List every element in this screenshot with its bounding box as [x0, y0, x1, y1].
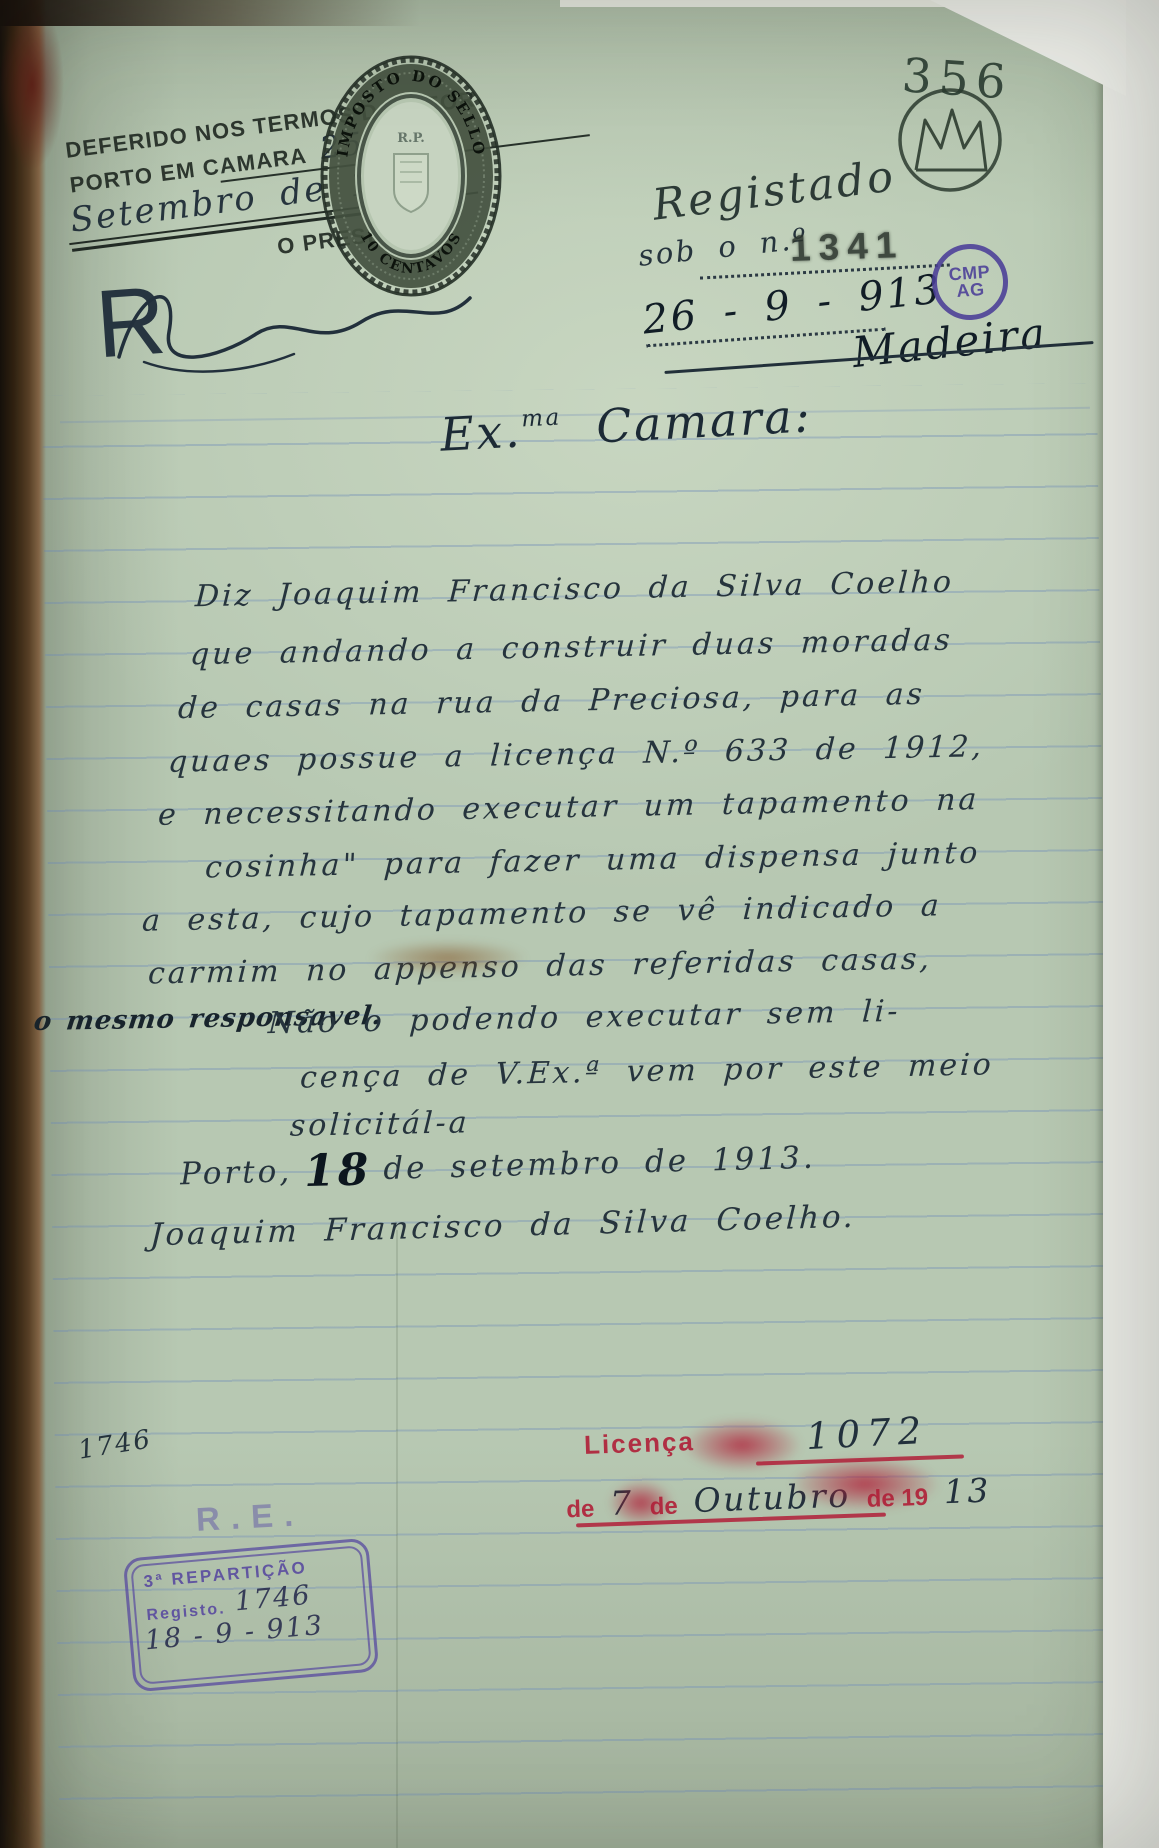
body-line: solicitál-a — [289, 1105, 470, 1143]
cmp-stamp-line2: AG — [956, 281, 985, 300]
scanner-margin — [1103, 0, 1159, 1848]
salutation-superscript: ma — [521, 404, 563, 432]
licence-number: 1072 — [805, 1409, 929, 1458]
ink-smudge — [368, 940, 528, 976]
paper-crease — [396, 1230, 398, 1848]
repartition-stamp-box: 3ª REPARTIÇÃO Registo. 1746 18 - 9 - 913 — [123, 1538, 380, 1693]
salutation-ex: Ex. — [439, 404, 523, 462]
registration-number: 1341 — [789, 224, 905, 270]
re-stamp: R.E. — [195, 1495, 305, 1539]
licence-label: Licença — [583, 1426, 695, 1461]
imposto-do-sello-seal-icon: IMPOSTO DO SELLO 10 CENTAVOS R.P. — [318, 52, 504, 300]
date-day: 18 — [304, 1152, 372, 1189]
licence-de1: de — [566, 1495, 595, 1524]
book-binding-edge — [0, 0, 46, 1848]
salutation-camara: Camara: — [595, 388, 814, 453]
seal-rp-text: R.P. — [397, 131, 424, 146]
licence-red-smudge3 — [608, 1480, 674, 1526]
licence-stamp-line1: Licença — [583, 1426, 695, 1461]
registado-stamp: Registado — [650, 151, 899, 230]
date-city: Porto, — [180, 1153, 293, 1192]
repartition-stamp-inner: 3ª REPARTIÇÃO Registo. 1746 18 - 9 - 913 — [130, 1545, 372, 1685]
licence-year: 13 — [943, 1471, 991, 1512]
top-edge-shadow — [0, 0, 420, 26]
licence-red-smudge2 — [790, 1456, 940, 1512]
crown-doodle-icon — [886, 78, 1016, 208]
